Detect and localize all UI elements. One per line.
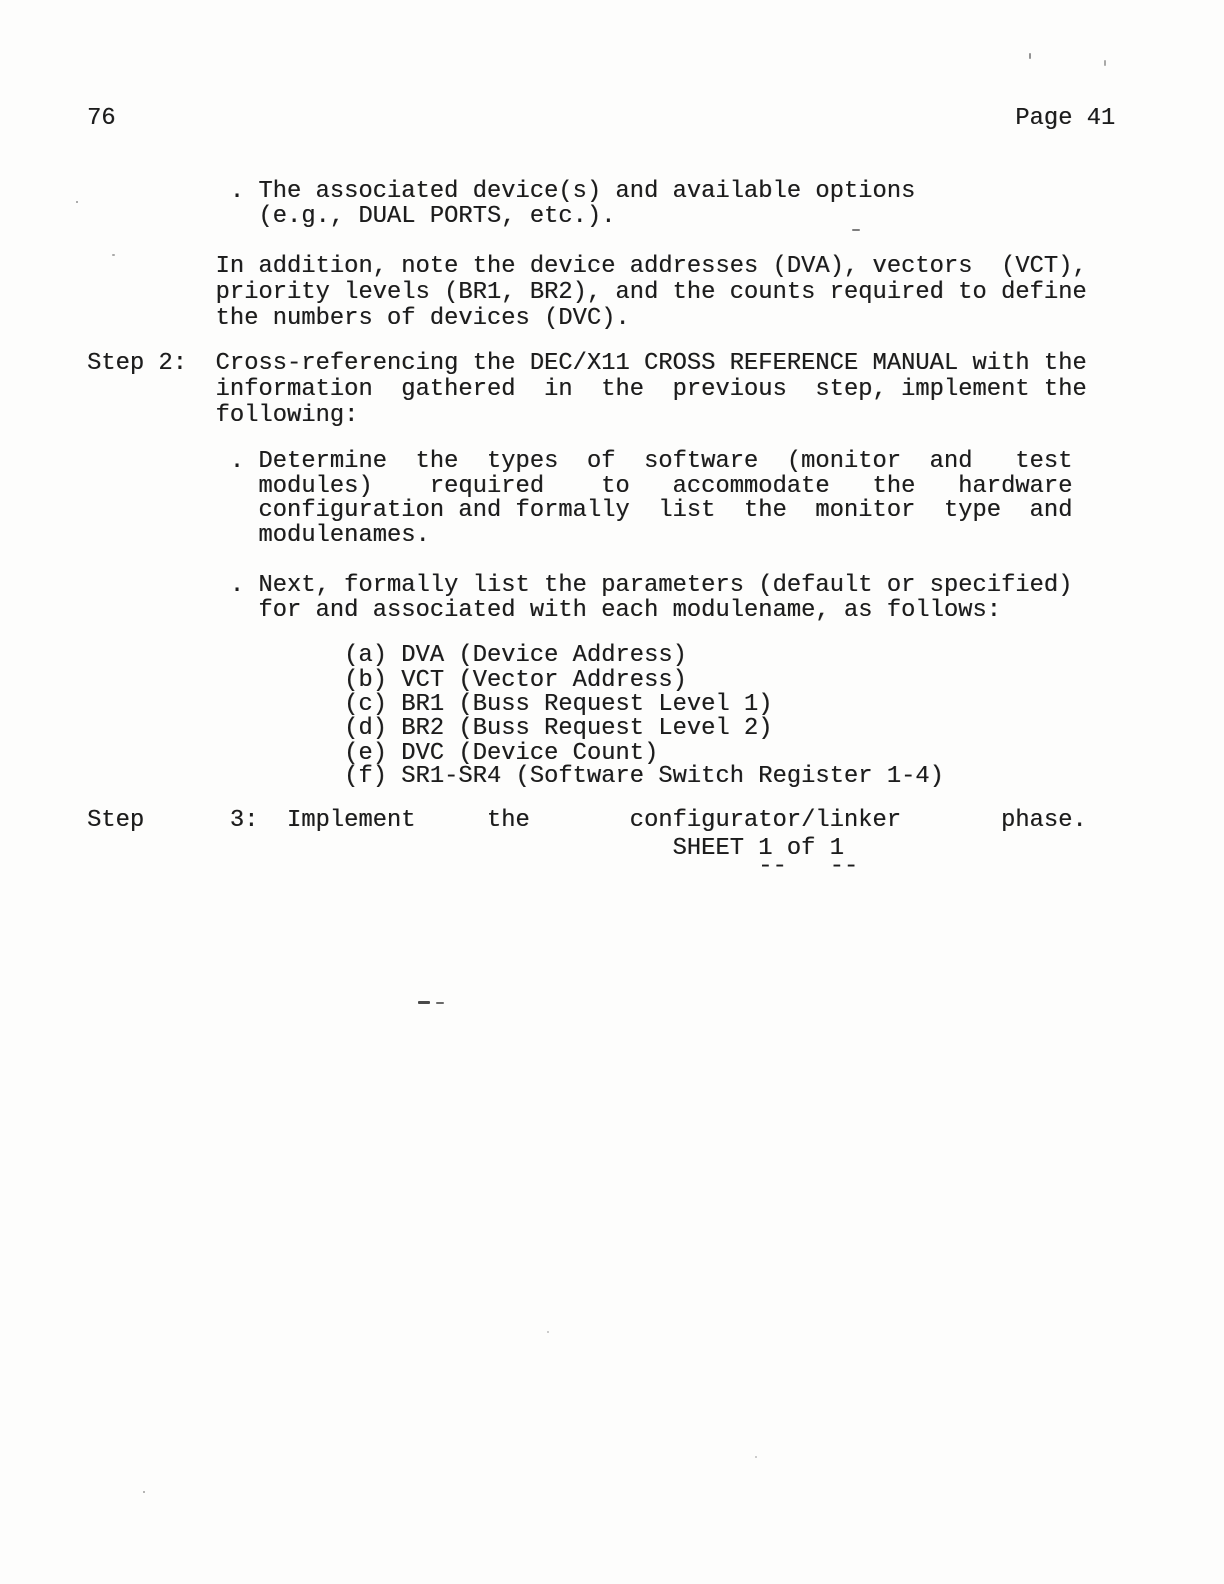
text-line: modulenames. — [87, 524, 430, 548]
text-line: (b) VCT (Vector Address) — [87, 669, 687, 693]
text-line: (f) SR1-SR4 (Software Switch Register 1-… — [87, 765, 944, 789]
ink-speck — [1029, 53, 1031, 59]
text-line: . Next, formally list the parameters (de… — [87, 574, 1072, 598]
text-line: Step 2: Cross-referencing the DEC/X11 CR… — [87, 352, 1087, 376]
ink-speck — [547, 1331, 549, 1333]
text-line: (c) BR1 (Buss Request Level 1) — [87, 693, 772, 717]
text-line: Step 3: Implement the configurator/linke… — [87, 809, 1087, 833]
text-line: 76 Page 41 — [87, 107, 1115, 131]
ink-speck — [1104, 60, 1106, 66]
text-line: . The associated device(s) and available… — [87, 180, 915, 204]
text-line: In addition, note the device addresses (… — [87, 255, 1087, 279]
text-line: the numbers of devices (DVC). — [87, 307, 630, 331]
text-line: modules) required to accommodate the har… — [87, 475, 1072, 499]
ink-speck — [143, 1491, 145, 1493]
ink-speck — [852, 229, 860, 231]
text-line: for and associated with each modulename,… — [87, 599, 1001, 623]
ink-speck — [112, 254, 115, 256]
text-line: (e.g., DUAL PORTS, etc.). — [87, 205, 615, 229]
text-line: priority levels (BR1, BR2), and the coun… — [87, 281, 1087, 305]
text-line: following: — [87, 404, 358, 428]
text-line: . Determine the types of software (monit… — [87, 450, 1072, 474]
scanned-document-page: 76 Page 41 . The associated device(s) an… — [0, 0, 1224, 1584]
ink-speck — [436, 1002, 444, 1004]
text-line: configuration and formally list the moni… — [87, 499, 1072, 523]
text-line: -- -- — [87, 855, 858, 879]
text-line: (d) BR2 (Buss Request Level 2) — [87, 717, 772, 741]
ink-speck — [755, 1456, 757, 1458]
ink-speck — [76, 201, 78, 203]
ink-speck — [418, 1001, 430, 1004]
text-line: (a) DVA (Device Address) — [87, 644, 687, 668]
text-line: information gathered in the previous ste… — [87, 378, 1087, 402]
